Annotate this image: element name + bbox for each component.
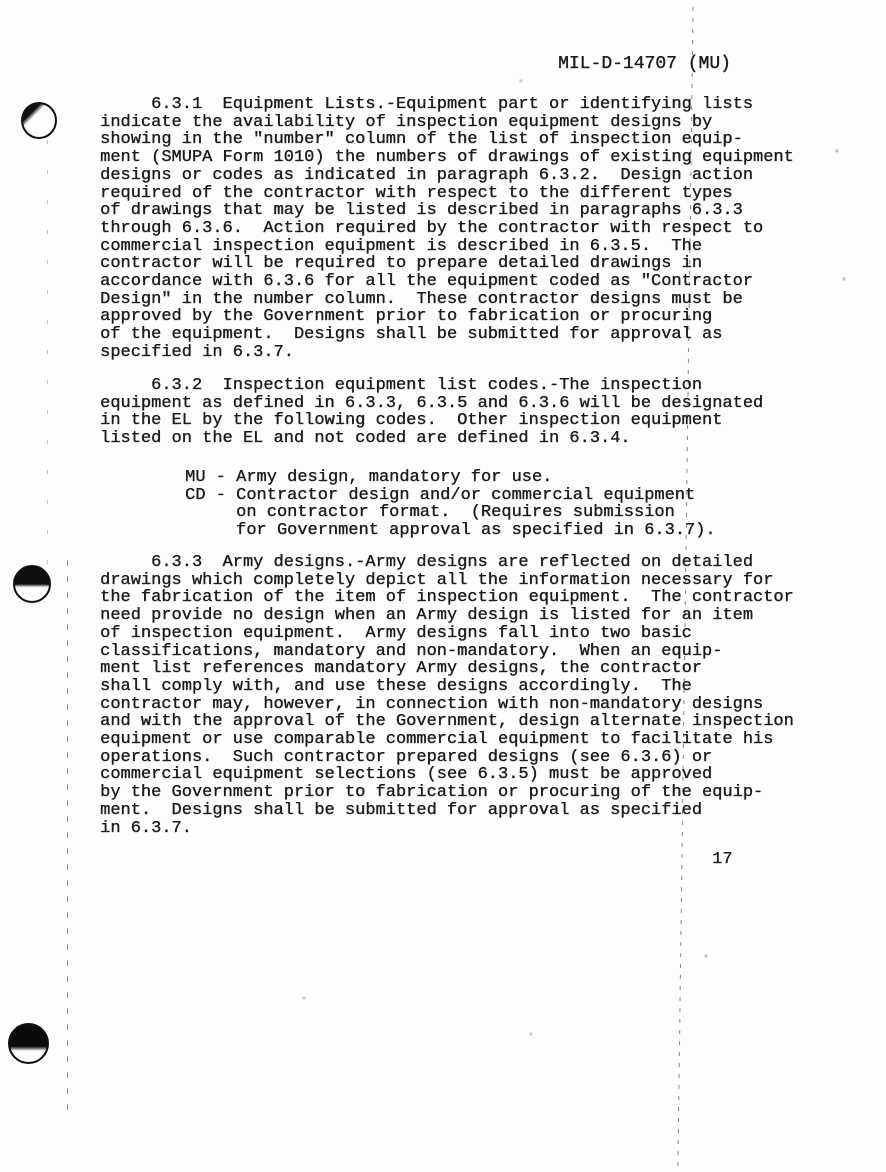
paragraph-6-3-3-army-designs: 6.3.3 Army designs.-Army designs are ref… (100, 554, 794, 837)
hole-punch-bottom (8, 1023, 49, 1064)
page-number: 17 (712, 851, 732, 869)
hole-punch-top (21, 102, 57, 139)
paragraph-6-3-2-inspection-equipment-list-codes: 6.3.2 Inspection equipment list codes.-T… (100, 377, 763, 448)
paragraph-6-3-1-equipment-lists: 6.3.1 Equipment Lists.-Equipment part or… (100, 96, 794, 362)
hole-punch-middle (13, 565, 51, 603)
scan-artifact-left-dashed-line-upper (47, 140, 48, 570)
scanned-document-page: MIL-D-14707 (MU) 6.3.1 Equipment Lists.-… (0, 0, 886, 1172)
scan-artifact-left-dashed-line-lower (67, 560, 68, 1115)
document-id-header: MIL-D-14707 (MU) (558, 56, 731, 74)
code-definitions-list: MU - Army design, mandatory for use. CD … (185, 469, 716, 540)
scan-speck-noise (0, 0, 2, 2)
